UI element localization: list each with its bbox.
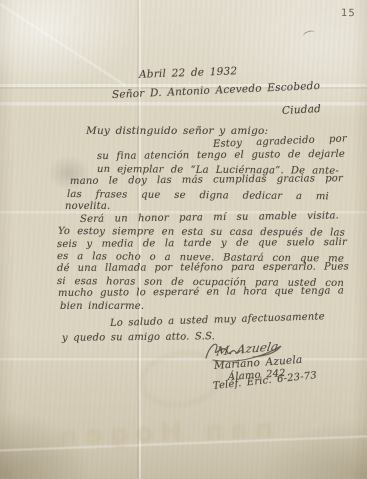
paper-fold-crease xyxy=(0,3,126,86)
letter-body-line: su fina atención tengo el gusto de dejar… xyxy=(97,149,345,164)
letter-body: Estoy agradecido por su fina atención te… xyxy=(57,139,349,313)
closing-line: Lo saludo a usted muy afectuosamente xyxy=(110,311,325,329)
pencil-check-mark xyxy=(302,29,315,38)
closing-line: y quedo su amigo atto. S.S. xyxy=(62,331,215,344)
letter-page: nan Hogen 15 Abril 22 de 1932 Señor D. A… xyxy=(0,0,367,479)
letter-body-line: las frases que se digna dedicar a mi xyxy=(67,189,329,204)
letter-body-line: mano le doy las más cumplidas gracias po… xyxy=(70,173,343,188)
show-through-watermark: nan Hogen xyxy=(48,414,279,452)
letter-body-line: dé una llamada por teléfono para esperar… xyxy=(57,262,349,276)
letter-body-line: seis y media de la tarde y de que suelo … xyxy=(57,236,347,250)
page-number: 15 xyxy=(341,8,356,20)
recipient-line: Señor D. Antonio Acevedo Escobedo xyxy=(112,80,321,101)
date-line: Abril 22 de 1932 xyxy=(139,65,238,80)
recipient-city: Ciudad xyxy=(282,103,322,117)
letter-body-line: mucho gusto lo esperaré en la hora que t… xyxy=(58,286,344,301)
salutation-line: Muy distinguido señor y amigo: xyxy=(86,125,268,137)
